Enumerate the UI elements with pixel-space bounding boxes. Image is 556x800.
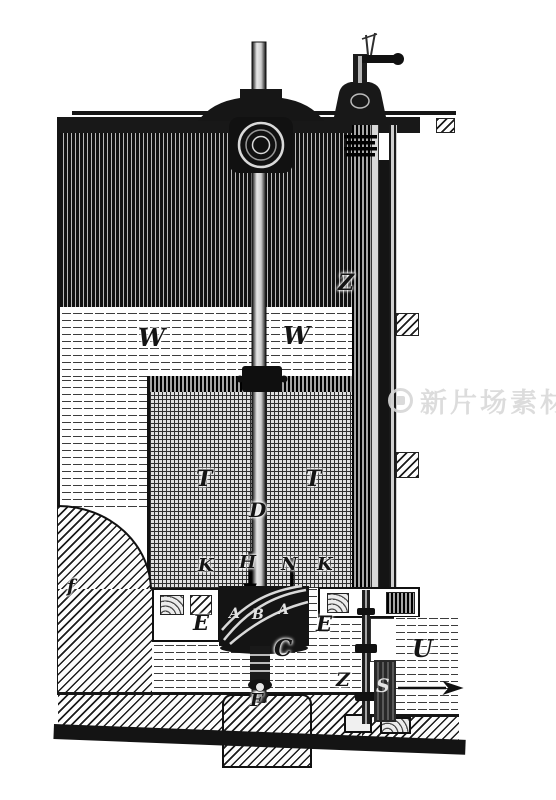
label-runner-right: A xyxy=(278,603,289,617)
tailrace-flow-arrow xyxy=(398,682,462,694)
crank-knob xyxy=(392,53,404,65)
label-inner-tank-left: T xyxy=(196,468,212,490)
label-foot: F xyxy=(250,692,263,710)
label-inner-tank-right: T xyxy=(305,468,321,490)
label-tailrace: U xyxy=(412,637,433,661)
label-water-left: W xyxy=(138,326,165,350)
sluice-rod xyxy=(355,590,377,724)
label-casing-right: E xyxy=(316,613,332,634)
watermark-text: 新片场素材 xyxy=(420,381,556,420)
label-sluice-gate: S xyxy=(376,677,390,696)
crank-threaded-column xyxy=(344,135,377,157)
label-runner-center: B xyxy=(252,608,264,622)
label-water-right: W xyxy=(283,324,310,348)
label-runner-left: A xyxy=(229,607,240,621)
watermark: 新片场素材 xyxy=(388,381,556,420)
label-step-bearing: C xyxy=(274,637,292,660)
engraving-turbine-cross-section: Z W W T T D f K H N K E A B A E C F Z S … xyxy=(0,0,556,800)
watermark-logo-icon xyxy=(388,388,413,413)
label-guide-inner-right: N xyxy=(281,556,297,574)
crank-arm xyxy=(362,55,395,63)
label-guide-inner-left: H xyxy=(239,554,256,572)
label-guide-right: K xyxy=(317,556,333,574)
label-upper-channel: Z xyxy=(338,272,354,294)
label-rod-bottom: Z xyxy=(336,671,350,690)
shaft-coupling xyxy=(242,366,282,392)
label-casing-left: E xyxy=(193,612,209,633)
label-guide-left: K xyxy=(198,557,214,575)
label-masonry-foot: f xyxy=(67,578,75,596)
top-bearing-housing xyxy=(198,89,324,173)
crank-mechanism xyxy=(334,33,404,157)
label-shaft: D xyxy=(249,500,266,520)
